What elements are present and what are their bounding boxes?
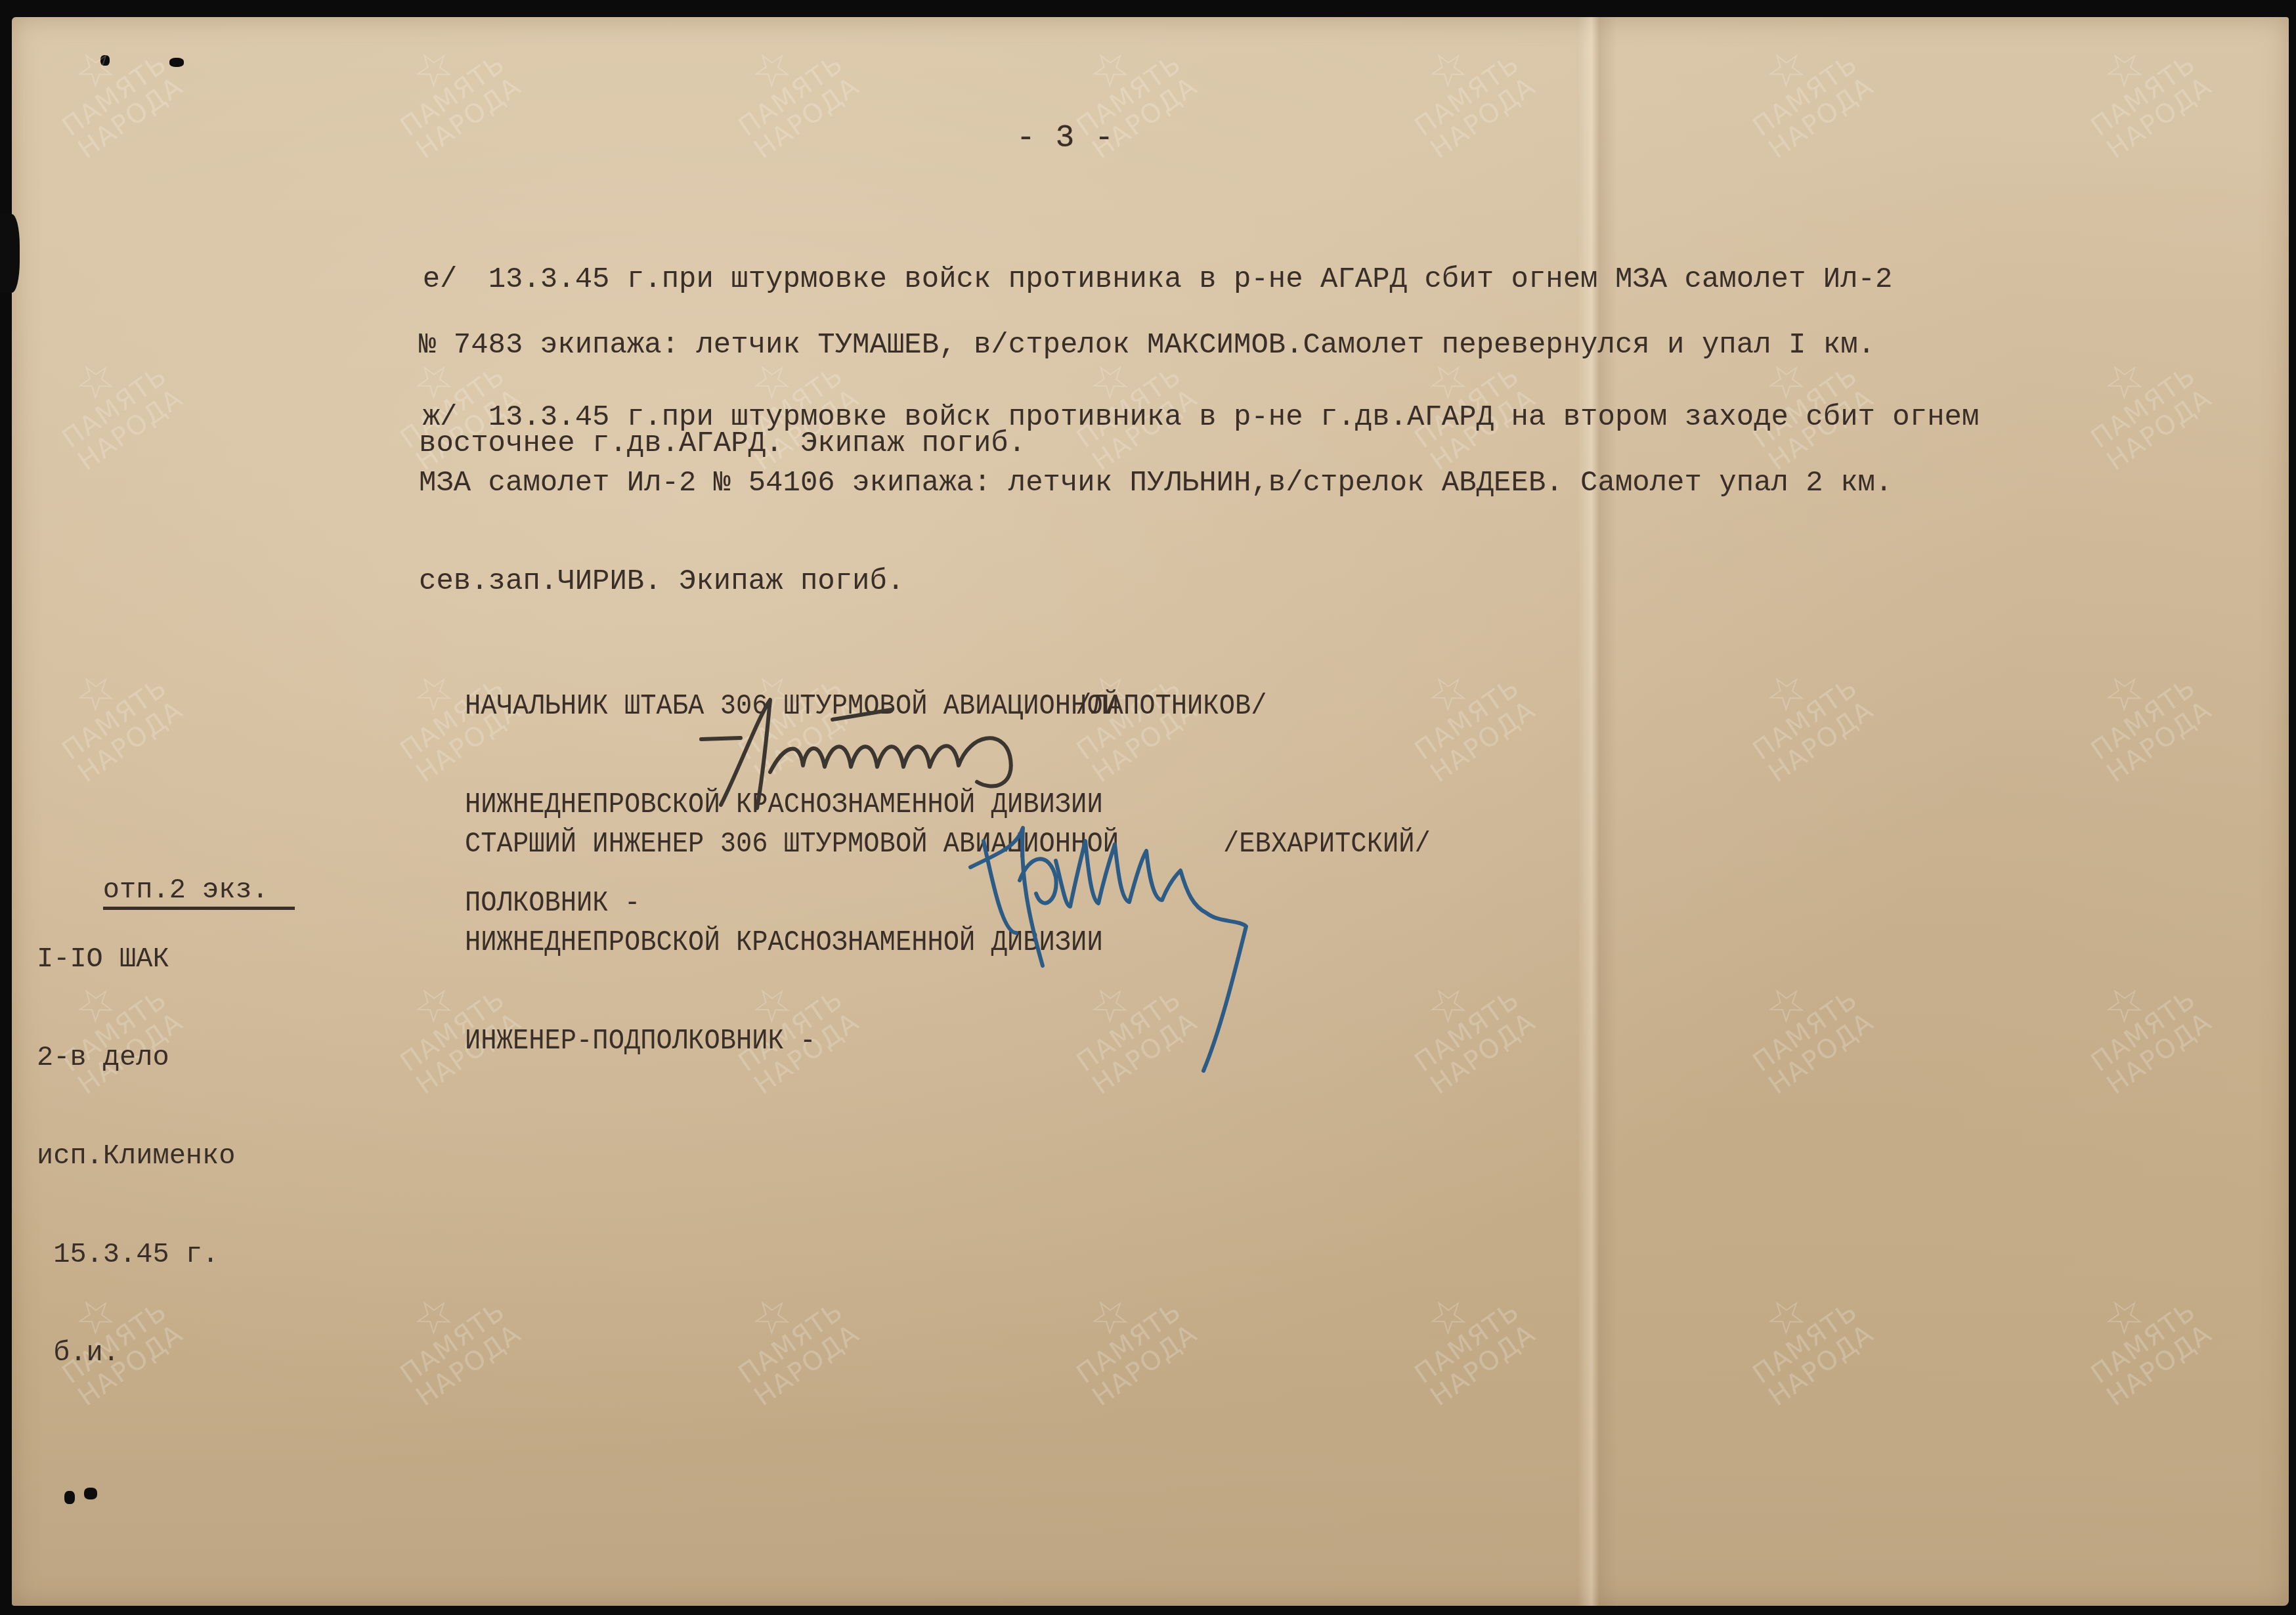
watermark: ☆ПАМЯТЬ НАРОДА [2064, 1264, 2217, 1411]
star-icon: ☆ [2064, 953, 2185, 1054]
dispatch-note-line: 2-в дело [37, 1041, 295, 1074]
star-icon: ☆ [1387, 17, 1509, 118]
star-icon: ☆ [1725, 1264, 1847, 1366]
page-hole [0, 214, 20, 293]
watermark: ☆ПАМЯТЬ НАРОДА [35, 641, 188, 787]
star-icon: ☆ [711, 1264, 833, 1366]
star-icon: ☆ [711, 17, 833, 118]
star-icon: ☆ [1387, 953, 1509, 1054]
page-hole [169, 58, 184, 67]
paragraph-marker: ж/ [423, 401, 488, 434]
star-icon: ☆ [35, 641, 156, 742]
star-icon: ☆ [2064, 329, 2185, 430]
dispatch-note-line: I-IO ШАК [37, 943, 295, 976]
watermark: ☆ПАМЯТЬ НАРОДА [35, 329, 188, 475]
page-hole [100, 55, 110, 66]
watermark: ☆ПАМЯТЬ НАРОДА [2064, 329, 2217, 475]
watermark: ☆ПАМЯТЬ НАРОДА [711, 1264, 864, 1411]
page-hole [84, 1488, 97, 1499]
watermark: ☆ПАМЯТЬ НАРОДА [2064, 17, 2217, 163]
watermark: ☆ПАМЯТЬ НАРОДА [1387, 953, 1540, 1099]
star-icon: ☆ [373, 17, 494, 118]
star-icon: ☆ [1049, 17, 1171, 118]
star-icon: ☆ [1387, 1264, 1509, 1366]
watermark: ☆ПАМЯТЬ НАРОДА [2064, 641, 2217, 787]
watermark: ☆ПАМЯТЬ НАРОДА [1387, 17, 1540, 163]
watermark: ☆ПАМЯТЬ НАРОДА [373, 17, 526, 163]
star-icon: ☆ [373, 1264, 494, 1366]
paragraph-line: сев.зап.ЧИРИВ. Экипаж погиб. [353, 565, 1979, 598]
watermark: ☆ПАМЯТЬ НАРОДА [2064, 953, 2217, 1099]
watermark: ☆ПАМЯТЬ НАРОДА [1049, 1264, 1202, 1411]
dispatch-note: отп.2 экз. I-IO ШАК 2-в дело исп.Клименк… [37, 841, 295, 1435]
handwritten-signature [957, 815, 1351, 1090]
paragraph-line: № 7483 экипажа: летчик ТУМАШЕВ, в/стрело… [353, 329, 1892, 362]
dispatch-note-line: б.и. [37, 1337, 295, 1369]
watermark: ☆ПАМЯТЬ НАРОДА [711, 17, 864, 163]
paragraph-line: МЗА самолет Ил-2 № 54106 экипажа: летчик… [353, 467, 1979, 500]
star-icon: ☆ [1725, 17, 1847, 118]
paragraph-line: 13.3.45 г.при штурмовке войск противника… [488, 401, 1980, 434]
paragraph-zh: ж/13.3.45 г.при штурмовке войск противни… [353, 368, 1979, 664]
watermark: ☆ПАМЯТЬ НАРОДА [1725, 1264, 1878, 1411]
star-icon: ☆ [35, 17, 156, 118]
page-hole [64, 1491, 75, 1504]
dispatch-note-line: 15.3.45 г. [37, 1238, 295, 1271]
page-number: - 3 - [1016, 122, 1114, 155]
star-icon: ☆ [35, 329, 156, 430]
watermark: ☆ПАМЯТЬ НАРОДА [35, 17, 188, 163]
watermark: ☆ПАМЯТЬ НАРОДА [1725, 953, 1878, 1099]
watermark: ☆ПАМЯТЬ НАРОДА [1725, 17, 1878, 163]
dispatch-note-header: отп.2 экз. [103, 874, 295, 910]
star-icon: ☆ [2064, 17, 2185, 118]
star-icon: ☆ [1725, 953, 1847, 1054]
star-icon: ☆ [2064, 1264, 2185, 1366]
paragraph-marker: е/ [423, 263, 488, 296]
star-icon: ☆ [1049, 1264, 1171, 1366]
watermark: ☆ПАМЯТЬ НАРОДА [1387, 1264, 1540, 1411]
star-icon: ☆ [2064, 641, 2185, 742]
document-page: ☆ПАМЯТЬ НАРОДА☆ПАМЯТЬ НАРОДА☆ПАМЯТЬ НАРО… [12, 17, 2289, 1606]
paragraph-line: 13.3.45 г.при штурмовке войск противника… [488, 263, 1893, 296]
watermark: ☆ПАМЯТЬ НАРОДА [373, 1264, 526, 1411]
dispatch-note-line: исп.Клименко [37, 1140, 295, 1173]
